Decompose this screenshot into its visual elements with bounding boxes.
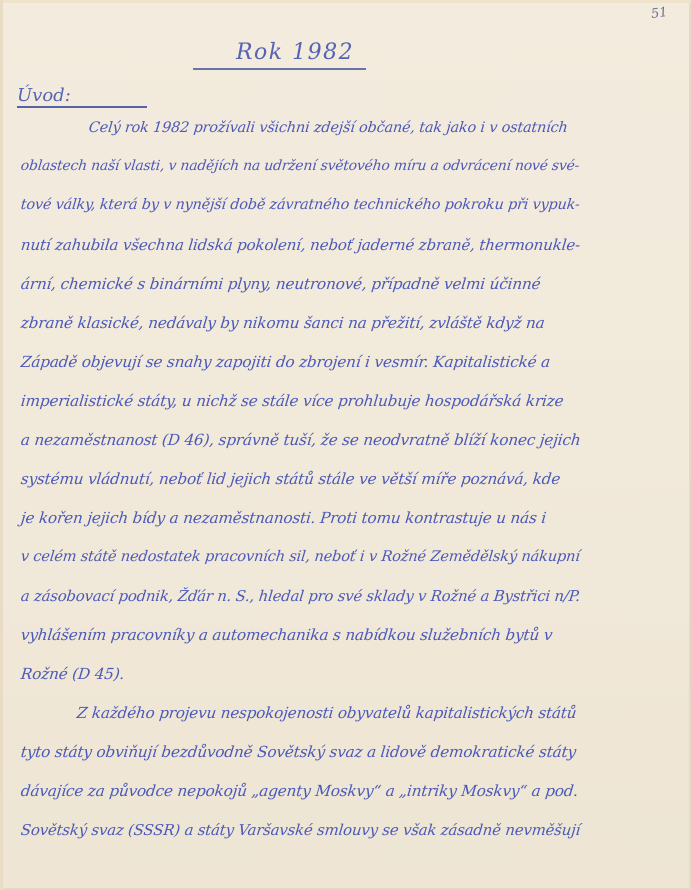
page-title: Rok 1982 bbox=[222, 40, 368, 65]
text-line: je kořen jejich bídy a nezaměstnanosti. … bbox=[20, 509, 582, 527]
heading-underline bbox=[17, 106, 147, 108]
text-line: nutí zahubila všechna lidská pokolení, n… bbox=[20, 236, 582, 254]
title-underline bbox=[193, 68, 366, 70]
text-line: Západě objevují se snahy zapojiti do zbr… bbox=[20, 353, 582, 371]
text-line: imperialistické státy, u nichž se stále … bbox=[20, 392, 582, 410]
text-line: ární, chemické s binárními plyny, neutro… bbox=[20, 275, 582, 293]
text-line: vyhlášením pracovníky a automechanika s … bbox=[20, 626, 582, 644]
text-line: a nezaměstnanost (D 46), správně tuší, ž… bbox=[20, 431, 582, 449]
text-line: Sovětský svaz (SSSR) a státy Varšavské s… bbox=[20, 821, 582, 839]
section-heading: Úvod: bbox=[17, 85, 71, 106]
text-line: v celém státě nedostatek pracovních sil,… bbox=[20, 548, 582, 565]
text-line: tové války, která by v nynější době závr… bbox=[20, 197, 582, 213]
text-line: systému vládnutí, neboť lid jejich států… bbox=[20, 470, 582, 488]
text-line: a zásobovací podnik, Žďár n. S., hledal … bbox=[20, 587, 582, 605]
text-line: zbraně klasické, nedávaly by nikomu šanc… bbox=[20, 314, 582, 332]
handwritten-chronicle-page: 51 Rok 1982 Úvod: Celý rok 1982 prožíval… bbox=[0, 0, 691, 890]
text-line: Celý rok 1982 prožívali všichni zdejší o… bbox=[88, 120, 570, 136]
text-line: Rožné (D 45). bbox=[20, 665, 582, 683]
text-line: oblastech naší vlasti, v nadějích na udr… bbox=[20, 158, 582, 174]
text-line: tyto státy obviňují bezdůvodně Sovětský … bbox=[20, 743, 582, 761]
text-line: dávajíce za původce nepokojů „agenty Mos… bbox=[20, 782, 582, 800]
text-line: Z každého projevu nespokojenosti obyvate… bbox=[76, 704, 578, 722]
page-number: 51 bbox=[650, 5, 668, 22]
